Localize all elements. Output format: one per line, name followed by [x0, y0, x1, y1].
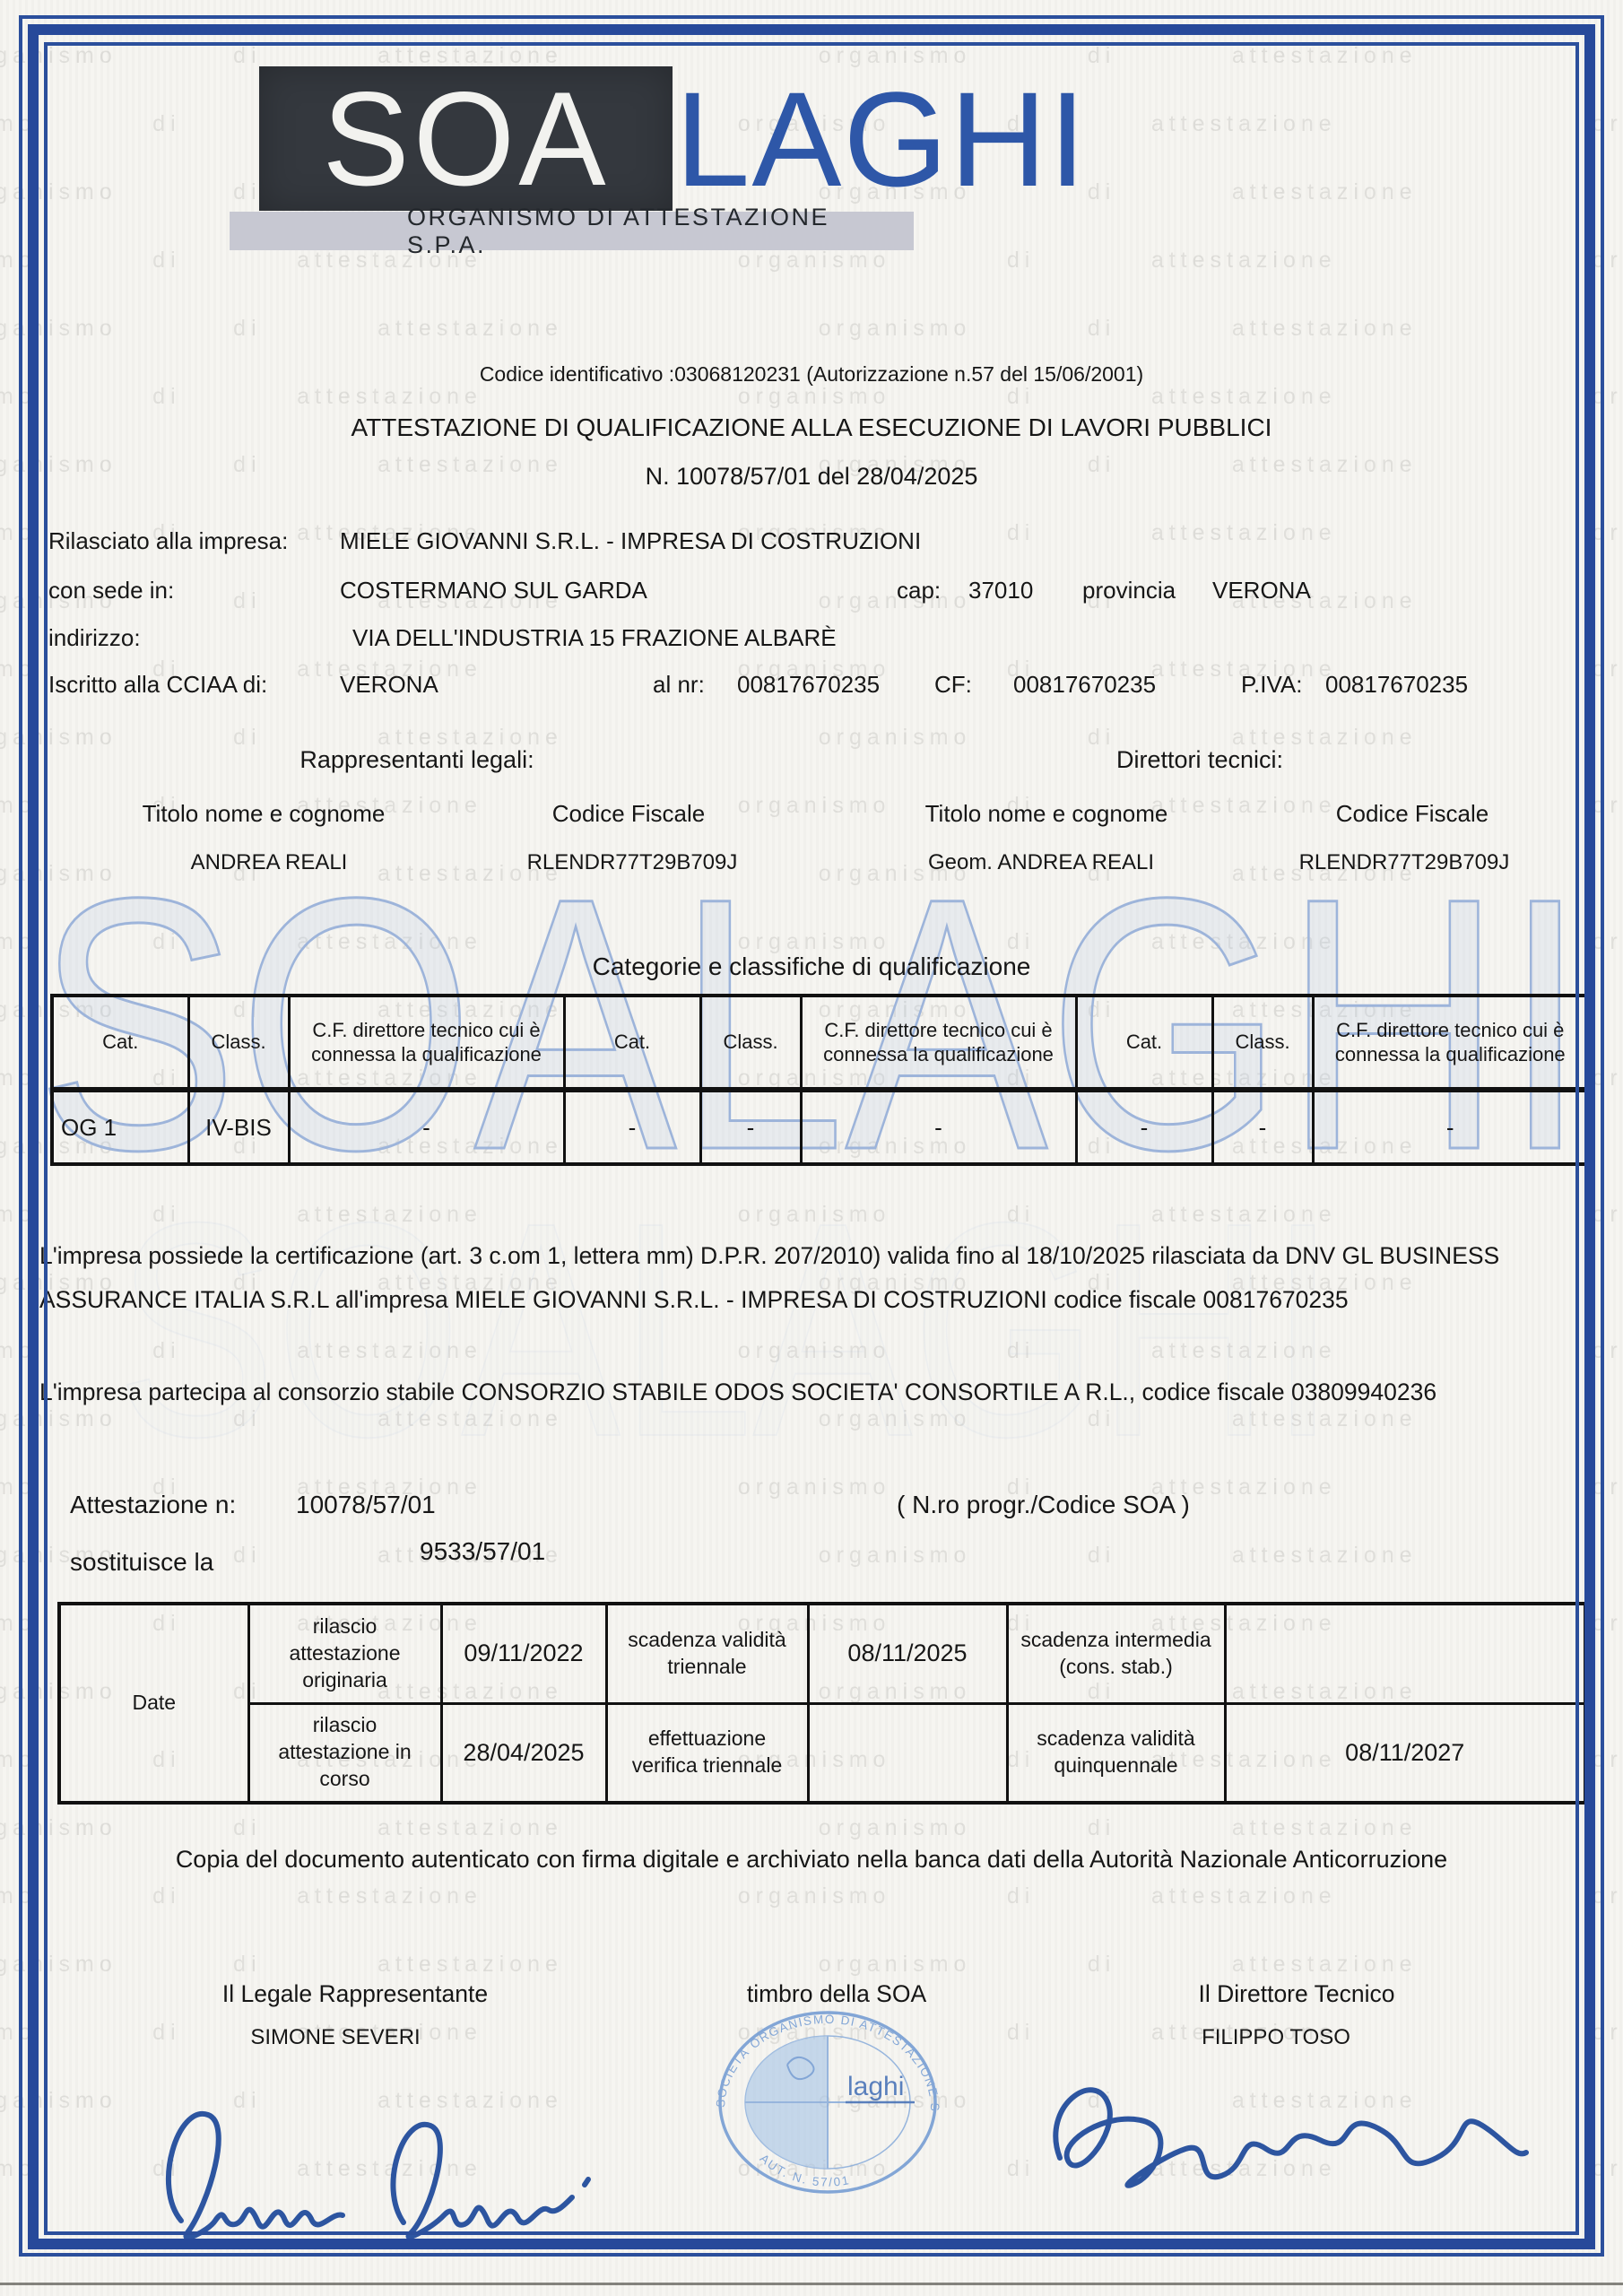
cciaa-label: Iscritto alla CCIAA di:: [48, 671, 267, 699]
address-label: indirizzo:: [48, 624, 141, 652]
col-header-cat: Cat.: [52, 996, 188, 1090]
issued-label: Rilasciato alla impresa:: [48, 527, 288, 555]
scadenza-intermedia-date: [1225, 1604, 1585, 1703]
col-header-cf: C.F. direttore tecnico cui è connessa la…: [1313, 996, 1588, 1090]
nr-value: 00817670235: [737, 671, 880, 699]
legal-rep-signature: [126, 2079, 610, 2281]
dates-row-1: Date rilascio attestazione originaria 09…: [59, 1604, 1585, 1703]
tech-director-name: FILIPPO TOSO: [1088, 2025, 1464, 2050]
piva-label: P.IVA:: [1241, 671, 1302, 699]
logo-subtitle-band: ORGANISMO DI ATTESTAZIONE S.P.A.: [230, 212, 914, 250]
tech-name-value: Geom. ANDREA REALI: [844, 850, 1238, 875]
logo-soa-text: SOA: [322, 72, 609, 205]
logo-laghi-text: LAGHI: [675, 66, 1088, 211]
dates-corner-label: Date: [59, 1604, 248, 1803]
cat-value: -: [564, 1090, 700, 1164]
categories-table: Cat. Class. C.F. direttore tecnico cui è…: [50, 994, 1590, 1166]
codice-identificativo-line: Codice identificativo :03068120231 (Auto…: [0, 362, 1623, 387]
scadenza-intermedia-label: scadenza intermedia (cons. stab.): [1007, 1604, 1225, 1703]
legal-name-value: ANDREA REALI: [72, 850, 466, 875]
soa-stamp: laghi SOCIETÀ ORGANISMO DI ATTESTAZIONE …: [698, 2002, 958, 2208]
seat-label: con sede in:: [48, 577, 174, 604]
rilascio-originaria-date: 09/11/2022: [441, 1604, 606, 1703]
scadenza-quinquennale-label: scadenza validità quinquennale: [1007, 1703, 1225, 1803]
logo-soa-box: SOA: [259, 66, 673, 211]
legal-name-header: Titolo nome e cognome: [66, 800, 461, 828]
class-value: -: [1212, 1090, 1313, 1164]
dates-table: Date rilascio attestazione originaria 09…: [57, 1602, 1587, 1805]
class-value: -: [700, 1090, 801, 1164]
verifica-triennale-date: [808, 1703, 1007, 1803]
col-header-cat: Cat.: [1076, 996, 1212, 1090]
rilascio-in-corso-date: 28/04/2025: [441, 1703, 606, 1803]
cap-value: 37010: [968, 577, 1033, 604]
col-header-cf: C.F. direttore tecnico cui è connessa la…: [801, 996, 1076, 1090]
provincia-value: VERONA: [1212, 577, 1311, 604]
certification-paragraph: L'impresa possiede la certificazione (ar…: [39, 1234, 1589, 1322]
col-header-class: Class.: [1212, 996, 1313, 1090]
attestazione-label: Attestazione n:: [70, 1491, 236, 1519]
tech-director-signature: [1022, 2052, 1542, 2218]
cat-value: -: [1076, 1090, 1212, 1164]
verifica-triennale-label: effettuazione verifica triennale: [606, 1703, 808, 1803]
cap-label: cap:: [897, 577, 941, 604]
tech-name-header: Titolo nome e cognome: [849, 800, 1244, 828]
col-header-class: Class.: [700, 996, 801, 1090]
stamp-center-text: laghi: [847, 2072, 904, 2101]
tech-cf-header: Codice Fiscale: [1215, 800, 1610, 828]
address-value: VIA DELL'INDUSTRIA 15 FRAZIONE ALBARÈ: [352, 624, 837, 652]
cciaa-value: VERONA: [340, 671, 438, 699]
sostituisce-number: 9533/57/01: [420, 1537, 545, 1566]
class-value: IV-BIS: [188, 1090, 289, 1164]
tech-cf-value: RLENDR77T29B709J: [1207, 850, 1601, 875]
scadenza-quinquennale-date: 08/11/2027: [1225, 1703, 1585, 1803]
scadenza-triennale-date: 08/11/2025: [808, 1604, 1007, 1703]
scadenza-triennale-label: scadenza validità triennale: [606, 1604, 808, 1703]
progr-codice-label: ( N.ro progr./Codice SOA ): [897, 1491, 1190, 1519]
col-header-cf: C.F. direttore tecnico cui è connessa la…: [289, 996, 564, 1090]
provincia-label: provincia: [1082, 577, 1176, 604]
tech-directors-title: Direttori tecnici:: [1020, 746, 1379, 774]
seat-value: COSTERMANO SUL GARDA: [340, 577, 647, 604]
rilascio-in-corso-label: rilascio attestazione in corso: [248, 1703, 441, 1803]
document-title: ATTESTAZIONE DI QUALIFICAZIONE ALLA ESEC…: [0, 413, 1623, 442]
legal-rep-name: SIMONE SEVERI: [147, 2025, 524, 2050]
attestazione-number: 10078/57/01: [296, 1491, 436, 1519]
legal-reps-title: Rappresentanti legali:: [238, 746, 596, 774]
legal-rep-role-label: Il Legale Rappresentante: [167, 1980, 543, 2008]
col-header-cat: Cat.: [564, 996, 700, 1090]
digital-copy-note: Copia del documento autenticato con firm…: [0, 1846, 1623, 1874]
rilascio-originaria-label: rilascio attestazione originaria: [248, 1604, 441, 1703]
categories-section-title: Categorie e classifiche di qualificazion…: [0, 952, 1623, 981]
cf-value: -: [1313, 1090, 1588, 1164]
cf-value: -: [801, 1090, 1076, 1164]
category-row: OG 1 IV-BIS - - - - - - -: [52, 1090, 1588, 1164]
issued-value: MIELE GIOVANNI S.R.L. - IMPRESA DI COSTR…: [340, 527, 921, 555]
piva-value: 00817670235: [1325, 671, 1468, 699]
document-number-line: N. 10078/57/01 del 28/04/2025: [0, 463, 1623, 491]
cat-value: OG 1: [52, 1090, 188, 1164]
dates-row-2: rilascio attestazione in corso 28/04/202…: [59, 1703, 1585, 1803]
sostituisce-label: sostituisce la: [70, 1548, 213, 1577]
tech-director-role-label: Il Direttore Tecnico: [1108, 1980, 1485, 2008]
legal-cf-header: Codice Fiscale: [431, 800, 826, 828]
consortium-paragraph: L'impresa partecipa al consorzio stabile…: [39, 1370, 1589, 1414]
scan-edge: [0, 2283, 1623, 2285]
col-header-class: Class.: [188, 996, 289, 1090]
cf-label: CF:: [934, 671, 972, 699]
cf-value: 00817670235: [1013, 671, 1156, 699]
cf-value: -: [289, 1090, 564, 1164]
nr-label: al nr:: [653, 671, 705, 699]
legal-cf-value: RLENDR77T29B709J: [435, 850, 829, 875]
